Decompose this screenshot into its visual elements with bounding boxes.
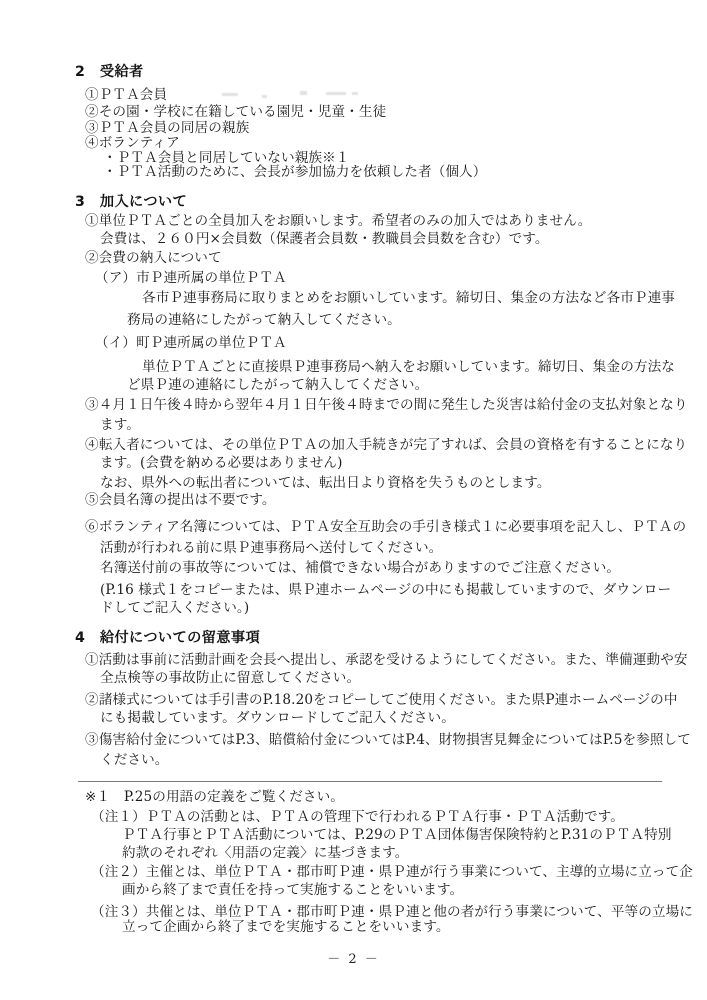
section-2-heading: 2 受給者	[75, 62, 144, 82]
text-line: ③傷害給付金についてはP.3、賠償給付金についてはP.4、財物損害見舞金について…	[85, 730, 691, 750]
footnote-line: 立って企画から終了までを実施することをいいます。	[122, 917, 450, 937]
footnote-line: 画から終了まで責任を持って実施することをいいます。	[122, 880, 463, 900]
text-line: 名簿送付前の事故等については、補償できない場合がありますのでご注意ください。	[100, 558, 620, 578]
text-line: (P.16 様式１をコピーまたは、県Ｐ連ホームページの中にも掲載していますので、…	[100, 580, 671, 600]
faint-smudge-artifact	[352, 92, 358, 95]
document-page: 2 受給者①ＰＴＡ会員②その園・学校に在籍している園児・児童・生徒③ＰＴＡ会員の…	[0, 0, 707, 1000]
faint-smudge-artifact	[262, 95, 267, 98]
footnote-divider-rule	[78, 781, 662, 782]
text-line: （イ）町Ｐ連所属の単位ＰＴＡ	[95, 333, 287, 353]
text-line: ⑤会員名簿の提出は不要です。	[85, 490, 276, 510]
section-4-heading: 4 給付についての留意事項	[75, 628, 260, 648]
text-line: ①単位ＰＴＡごとの全員加入をお願いします。希望者のみの加入ではありません。	[85, 211, 591, 231]
text-line: ドしてご記入ください。)	[100, 598, 249, 618]
faint-smudge-artifact	[326, 92, 346, 95]
footnote-line: 約款のそれぞれ〈用語の定義〉に基づきます。	[122, 843, 408, 863]
text-line: ます。	[100, 415, 140, 435]
text-line: ④転入者については、その単位ＰＴＡの加入手続きが完了すれば、会員の資格を有するこ…	[85, 435, 687, 455]
text-line: ください。	[100, 750, 168, 770]
text-line: ②諸様式については手引書のP.18.20をコピーしてご使用ください。また県P連ホ…	[85, 690, 678, 710]
text-line: ①活動は事前に活動計画を会長へ提出し、承認を受けるようにしてください。また、準備…	[85, 650, 688, 670]
text-line: 会費は、２６０円×会員数（保護者会員数・教職員会員数を含む）です。	[100, 229, 549, 249]
text-line: にも掲載しています。ダウンロードしてご記入ください。	[100, 708, 455, 728]
footnote-line: （注２）主催とは、単位ＰＴＡ・郡市町Ｐ連・県Ｐ連が行う事業について、主導的立場に…	[91, 862, 693, 882]
text-line: ②会費の納入について	[85, 248, 222, 268]
text-line: 全点検等の事故防止に留意してください。	[100, 668, 360, 688]
text-line: ③４月１日午後４時から翌年４月１日午後４時までの間に発生した災害は給付金の支払対…	[85, 395, 688, 415]
text-line: ど県Ｐ連の連絡にしたがって納入してください。	[127, 375, 428, 395]
page-number: － 2 －	[0, 948, 707, 967]
text-line: 単位ＰＴＡごとに直接県Ｐ連事務局へ納入をお願いしています。締切日、集金の方法な	[142, 357, 675, 377]
text-line: 活動が行われる前に県Ｐ連事務局へ送付してください。	[100, 538, 442, 558]
footnote-line: ※１ P.25の用語の定義をご覧ください。	[85, 787, 344, 807]
footnote-line: （注１）ＰＴＡの活動とは、ＰＴＡの管理下で行われるＰＴＡ行事・ＰＴＡ活動です。	[91, 807, 624, 827]
faint-smudge-artifact	[300, 91, 307, 95]
section-3-heading: 3 加入について	[75, 192, 187, 212]
text-line: 各市Ｐ連事務局に取りまとめをお願いしています。締切日、集金の方法など各市Ｐ連事	[142, 288, 675, 308]
text-line: 務局の連絡にしたがって納入してください。	[127, 310, 401, 330]
footnote-line: ＰＴＡ行事とＰＴＡ活動については、P.29のＰＴＡ団体傷害保険特約とP.31のＰ…	[122, 825, 672, 845]
text-line: ・ＰＴＡ活動のために、会長が参加協力を依頼した者（個人）	[103, 162, 486, 182]
text-line: （ア）市Ｐ連所属の単位ＰＴＡ	[95, 268, 287, 288]
faint-smudge-artifact	[222, 93, 238, 96]
text-line: ます。(会費を納める必要はありません)	[100, 453, 343, 473]
text-line: ⑥ボランティア名簿については、ＰＴＡ安全互助会の手引き様式１に必要事項を記入し、…	[85, 517, 686, 537]
